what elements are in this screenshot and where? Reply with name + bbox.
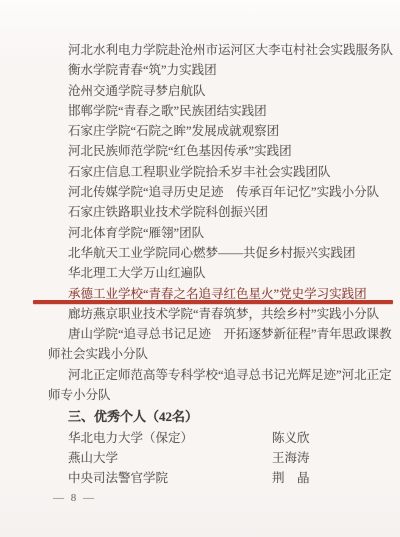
team-list-item: 河北民族师范学院“红色基因传承”实践团 bbox=[48, 141, 398, 161]
highlighted-team-text: 承德工业学校“青春之名追寻红色星火”党史学习实践团 bbox=[68, 287, 367, 301]
page-number: — 8 — bbox=[53, 488, 398, 508]
team-list-item: 华北理工大学万山红遍队 bbox=[48, 263, 398, 283]
team-list-item: 河北水利电力学院赴沧州市运河区大李屯村社会实践服务队 bbox=[48, 40, 398, 60]
team-list-item: 河北体育学院“雁翎”团队 bbox=[48, 223, 398, 243]
individual-row: 中央司法警官学院 荆 晶 bbox=[48, 468, 398, 488]
person-name: 王海涛 bbox=[272, 448, 310, 468]
red-underline-mark bbox=[33, 300, 393, 304]
person-name: 陈义欣 bbox=[272, 428, 310, 448]
individual-row: 华北电力大学（保定） 陈义欣 bbox=[48, 428, 398, 448]
team-list-item: 衡水学院青春“筑”力实践团 bbox=[48, 60, 398, 80]
team-list-item: 邯郸学院“青春之歌”民族团结实践团 bbox=[48, 101, 398, 121]
individual-row: 燕山大学 王海涛 bbox=[48, 448, 398, 468]
person-name: 荆 晶 bbox=[272, 468, 310, 488]
team-list-item: 沧州交通学院寻梦启航队 bbox=[48, 81, 398, 101]
team-list: 河北水利电力学院赴沧州市运河区大李屯村社会实践服务队 衡水学院青春“筑”力实践团… bbox=[48, 40, 398, 405]
individuals-list: 华北电力大学（保定） 陈义欣 燕山大学 王海涛 中央司法警官学院 荆 晶 bbox=[48, 428, 398, 489]
team-list-item: 石家庄学院“石院之眸”发展成就观察团 bbox=[48, 121, 398, 141]
team-list-item: 石家庄信息工程职业学院拾禾岁丰社会实践团队 bbox=[48, 162, 398, 182]
institution-label: 华北电力大学（保定） bbox=[48, 431, 193, 445]
team-list-item: 唐山学院“追寻总书记足迹 开拓逐梦新征程”青年思政课教师社会实践小分队 bbox=[48, 324, 398, 365]
institution-label: 中央司法警官学院 bbox=[48, 471, 168, 485]
team-list-item: 河北正定师范高等专科学校“追寻总书记光辉足迹”河北正定师专小分队 bbox=[48, 365, 398, 406]
team-list-item: 石家庄铁路职业技术学院科创振兴团 bbox=[48, 202, 398, 222]
section-heading: 三、优秀个人（42名） bbox=[48, 407, 398, 427]
team-list-item: 北华航天工业学院同心燃梦——共促乡村振兴实践团 bbox=[48, 243, 398, 263]
document-content: 河北水利电力学院赴沧州市运河区大李屯村社会实践服务队 衡水学院青春“筑”力实践团… bbox=[48, 40, 398, 508]
document-page: 河北水利电力学院赴沧州市运河区大李屯村社会实践服务队 衡水学院青春“筑”力实践团… bbox=[0, 0, 400, 537]
team-list-item: 河北传媒学院“追寻历史足迹 传承百年记忆”实践小分队 bbox=[48, 182, 398, 202]
team-list-item-highlighted: 承德工业学校“青春之名追寻红色星火”党史学习实践团 bbox=[48, 284, 398, 304]
team-list-item: 廊坊燕京职业技术学院“青春筑梦，共绘乡村”实践小分队 bbox=[48, 304, 398, 324]
institution-label: 燕山大学 bbox=[48, 451, 118, 465]
